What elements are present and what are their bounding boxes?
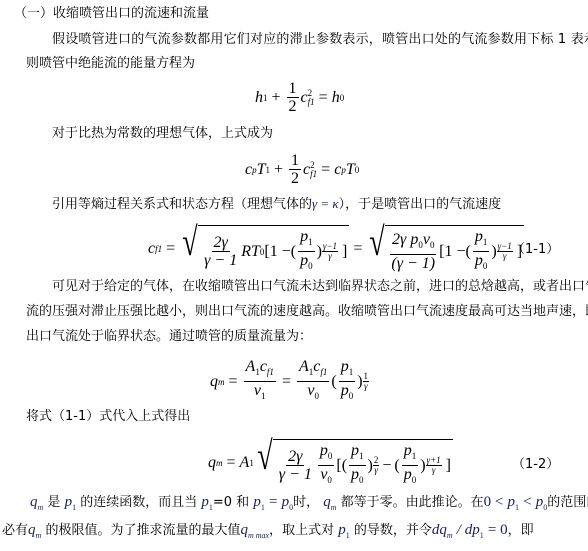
- subscript: 1: [263, 93, 268, 103]
- subscript: m: [218, 377, 225, 387]
- denominator: p0: [339, 382, 356, 405]
- symbol: c: [303, 161, 310, 179]
- symbol: q: [210, 373, 218, 391]
- text: 的极限值。为了推求流量的最大值: [45, 523, 240, 538]
- symbol: h: [255, 89, 263, 107]
- subscript: 1: [261, 503, 265, 512]
- exponent-fraction: 1γ: [363, 372, 370, 391]
- symbol: T: [251, 243, 260, 261]
- symbol: A: [246, 358, 256, 375]
- paragraph-6-line-2: 必有qm 的极限值。为了推求流量的最大值qm max，取上式对 p1 的导数，并…: [2, 522, 534, 544]
- symbol: p: [341, 382, 349, 399]
- inline-math: q: [30, 494, 38, 510]
- operator: +: [274, 161, 283, 179]
- inline-math: γ = κ: [312, 196, 339, 211]
- subscript: 0: [359, 475, 364, 485]
- symbol: c: [148, 240, 155, 258]
- text: 是: [47, 495, 60, 510]
- paragraph-4-line-3: 出口气流处于临界状态。通过喷管的质量流量为：: [26, 329, 312, 345]
- symbol: p: [475, 252, 483, 269]
- symbol: T: [257, 161, 266, 179]
- subscript: 1: [359, 451, 364, 461]
- exponent-fraction: γ−1γ: [497, 242, 513, 261]
- paren: (: [394, 457, 399, 475]
- operator: =: [166, 240, 175, 258]
- numerator: 2γ: [212, 234, 230, 252]
- denominator: v0: [305, 382, 321, 405]
- fraction: 2γγ − 1: [202, 234, 239, 269]
- paren: (: [465, 243, 470, 261]
- symbol: c: [260, 358, 267, 375]
- subscript: f1: [155, 244, 162, 254]
- symbol: p: [351, 466, 359, 483]
- fraction: 12: [287, 80, 299, 115]
- denominator: p0: [473, 252, 490, 275]
- symbol: h: [332, 89, 340, 107]
- equation-label-1-2: （1-2）: [512, 453, 559, 472]
- denominator: γ: [328, 252, 332, 261]
- subscript: f1: [308, 98, 315, 107]
- subscript: m max: [248, 531, 269, 540]
- subscript: 1: [266, 165, 271, 175]
- text: 的范围内: [547, 495, 588, 510]
- square-root: √ 2γ p0v0(γ − 1) [1 −( p1p0 ) γ−1γ ]: [366, 222, 524, 275]
- denominator: 2: [287, 98, 299, 115]
- subscript: m: [38, 503, 44, 512]
- subscript: 1: [515, 503, 519, 512]
- subscript: 1: [261, 391, 266, 401]
- subscript: 1: [483, 237, 488, 247]
- operator: <: [523, 494, 531, 510]
- paragraph-3: 引用等熵过程关系式和状态方程（理想气体的γ = κ），于是喷管出口的气流速度: [52, 196, 501, 213]
- numerator: 1: [287, 80, 299, 98]
- operator: +: [272, 89, 281, 107]
- symbol: q: [208, 454, 216, 472]
- subscript: 0: [327, 475, 332, 485]
- numerator: p1: [473, 228, 490, 252]
- paren: (: [331, 373, 336, 391]
- denominator: γ: [364, 382, 368, 391]
- operator: =: [321, 161, 330, 179]
- equation-1-1: cf1 = √ 2γγ − 1 RT0 [1 −( p1p0 ) γ−1γ ] …: [148, 222, 524, 275]
- sup-sub: 2f1: [308, 89, 315, 107]
- subscript: 1: [308, 237, 313, 247]
- symbol: p: [300, 228, 308, 245]
- text: 必有: [2, 523, 28, 538]
- paragraph-4-line-2: 流的压强对滞止压强比越小，则出口气流的速度越高。收缩喷管出口气流速度最高可达当地…: [26, 304, 588, 320]
- denominator: γ: [374, 466, 378, 475]
- numerator: p1: [402, 442, 419, 466]
- numerator: A1cf1: [244, 358, 276, 382]
- fraction: p1p0: [402, 442, 419, 489]
- subscript: 0: [308, 261, 313, 271]
- symbol: A: [240, 454, 250, 472]
- symbol: p: [475, 228, 483, 245]
- denominator: γ: [503, 252, 507, 261]
- equation-label-1-1: （1-1）: [512, 238, 559, 257]
- equation-mass-flow: qm = A1cf1v1 = A1cf1v0 ( p1p0 ) 1γ: [210, 358, 369, 405]
- fraction: A1cf1v0: [297, 358, 329, 405]
- exponent-fraction: γ+1γ: [426, 456, 442, 475]
- inline-math: q: [240, 522, 248, 538]
- text: 的连续函数，而且当: [80, 495, 197, 510]
- text: =0 和: [213, 495, 249, 510]
- equation-energy: h1 + 12 c2f1 = h0: [255, 80, 344, 115]
- subscript: 0: [314, 391, 319, 401]
- numerator: A1cf1: [297, 358, 329, 382]
- subscript: 0: [328, 451, 333, 461]
- radical-sign-icon: √: [182, 222, 197, 275]
- denominator: γ − 1: [277, 466, 314, 483]
- inline-math: p: [282, 494, 290, 510]
- paren: (: [342, 457, 347, 475]
- operator: −: [382, 457, 391, 475]
- operator: =: [227, 454, 236, 472]
- subscript: 0: [483, 261, 488, 271]
- bracket: ]: [342, 243, 347, 261]
- subscript: m: [331, 503, 337, 512]
- inline-math: p: [253, 494, 261, 510]
- inline-math: dq: [432, 522, 447, 538]
- symbol: A: [299, 358, 309, 375]
- operator: =: [353, 240, 362, 258]
- paragraph-6-line-1: qm 是 p1 的连续函数，而且当 p1=0 和 p1 = p0时， qm 都等…: [30, 494, 588, 516]
- inline-math: 0 <: [484, 494, 504, 510]
- radical-sign-icon: √: [257, 436, 272, 489]
- symbol: v: [254, 382, 261, 399]
- text: ），于是喷管出口的气流速度: [339, 197, 502, 212]
- paragraph-1-line-1: 假设喷管进口的气流参数都用它们对应的滞止参数表示，喷管出口处的气流参数用下标 1…: [52, 32, 588, 48]
- symbol: p: [404, 442, 412, 459]
- inline-math: p: [201, 494, 209, 510]
- numerator: p1: [339, 358, 356, 382]
- denominator: (γ − 1): [389, 255, 437, 272]
- text: 都等于零。由此推论。在: [341, 495, 484, 510]
- subscript: 0: [355, 165, 360, 175]
- subscript: f1: [310, 170, 317, 179]
- numerator: 2γ p0v0: [390, 231, 436, 255]
- text: 2γ: [392, 231, 406, 248]
- text: 1 −: [444, 243, 465, 261]
- numerator: p1: [349, 442, 366, 466]
- subscript: m: [36, 531, 42, 540]
- text: 的导数，并令: [354, 523, 432, 538]
- section-heading: （一）收缩喷管出口的流速和流量: [14, 6, 209, 22]
- symbol: R: [241, 243, 251, 261]
- subscript: 0: [412, 475, 417, 485]
- sup-sub: 2f1: [310, 161, 317, 179]
- fraction: p1p0: [349, 442, 366, 489]
- paren: (: [291, 243, 296, 261]
- subscript: 0: [430, 240, 435, 250]
- fraction: 12: [289, 152, 301, 187]
- symbol: v: [423, 231, 430, 248]
- numerator: p1: [298, 228, 315, 252]
- fraction: A1cf1v1: [244, 358, 276, 405]
- subscript: 1: [346, 531, 350, 540]
- denominator: p0: [402, 466, 419, 489]
- inline-math: / dp: [457, 522, 480, 538]
- fraction: p1p0: [473, 228, 490, 275]
- numerator: 1: [289, 152, 301, 170]
- fraction: p1p0: [298, 228, 315, 275]
- operator: =: [282, 373, 291, 391]
- equation-ideal-gas: cp T1 + 12 c2f1 = cp T0: [245, 152, 359, 187]
- subscript: 1: [412, 451, 417, 461]
- radicand: 2γγ − 1 RT0 [1 −( p1p0 ) γ−1γ ]: [198, 225, 349, 275]
- denominator: γ − 1: [202, 252, 239, 269]
- square-root: √ 2γγ − 1 RT0 [1 −( p1p0 ) γ−1γ ]: [179, 222, 349, 275]
- denominator: 2: [289, 170, 301, 187]
- paragraph-4-line-1: 可见对于给定的气体，在收缩喷管出口气流未达到临界状态之前，进口的总焓越高，或者出…: [52, 279, 588, 295]
- paragraph-2: 对于比热为常数的理想气体，上式成为: [52, 126, 273, 142]
- operator: =: [229, 373, 238, 391]
- paragraph-1-line-2: 则喷管中绝能流的能量方程为: [26, 56, 195, 72]
- symbol: c: [301, 89, 308, 107]
- subscript: 0: [340, 93, 345, 103]
- fraction: p1p0: [339, 358, 356, 405]
- subscript: 1: [480, 531, 484, 540]
- fraction: p0v0: [318, 442, 335, 489]
- subscript: 1: [349, 367, 354, 377]
- text: ，即: [508, 523, 534, 538]
- symbol: p: [300, 252, 308, 269]
- symbol: p: [404, 466, 412, 483]
- subscript: f1: [320, 367, 327, 377]
- subscript: m: [216, 458, 223, 468]
- operator: =: [319, 89, 328, 107]
- exponent-fraction: 2γ: [373, 456, 380, 475]
- bracket: ]: [446, 457, 451, 475]
- denominator: p0: [298, 252, 315, 275]
- denominator: v0: [318, 466, 334, 489]
- denominator: γ: [432, 466, 436, 475]
- subscript: m: [447, 531, 453, 540]
- inline-math: q: [323, 494, 331, 510]
- subscript: f1: [267, 367, 274, 377]
- paragraph-5: 将式（1-1）式代入上式得出: [26, 409, 190, 425]
- exponent-fraction: γ−1γ: [322, 242, 338, 261]
- inline-math: q: [28, 522, 36, 538]
- symbol: p: [320, 442, 328, 459]
- radicand: 2γ p0v0(γ − 1) [1 −( p1p0 ) γ−1γ ]: [385, 225, 524, 275]
- fraction: 2γ p0v0(γ − 1): [389, 231, 437, 272]
- inline-math: p: [508, 494, 516, 510]
- radicand: 2γγ − 1 p0v0 [( p1p0 ) 2γ − ( p1p0 ) γ+1…: [273, 439, 453, 489]
- inline-math: p: [338, 522, 346, 538]
- inline-math: p: [65, 494, 73, 510]
- symbol: T: [346, 161, 355, 179]
- symbol: p: [351, 442, 359, 459]
- numerator: 2γ: [286, 448, 304, 466]
- denominator: p0: [349, 466, 366, 489]
- equation-1-2: qm = A1 √ 2γγ − 1 p0v0 [( p1p0 ) 2γ − ( …: [208, 436, 453, 489]
- denominator: v1: [252, 382, 268, 405]
- inline-math: = 0: [488, 522, 508, 538]
- text: 1 −: [270, 243, 291, 261]
- text: 引用等熵过程关系式和状态方程（理想气体的: [52, 197, 312, 212]
- numerator: p0: [318, 442, 335, 466]
- text: 时，: [293, 495, 319, 510]
- symbol: p: [341, 358, 349, 375]
- radical-sign-icon: √: [370, 222, 385, 275]
- square-root: √ 2γγ − 1 p0v0 [( p1p0 ) 2γ − ( p1p0 ) γ…: [254, 436, 453, 489]
- fraction: 2γγ − 1: [277, 448, 314, 483]
- operator: =: [269, 494, 277, 510]
- subscript: 0: [349, 391, 354, 401]
- text: ，取上式对: [269, 523, 334, 538]
- subscript: 1: [72, 503, 76, 512]
